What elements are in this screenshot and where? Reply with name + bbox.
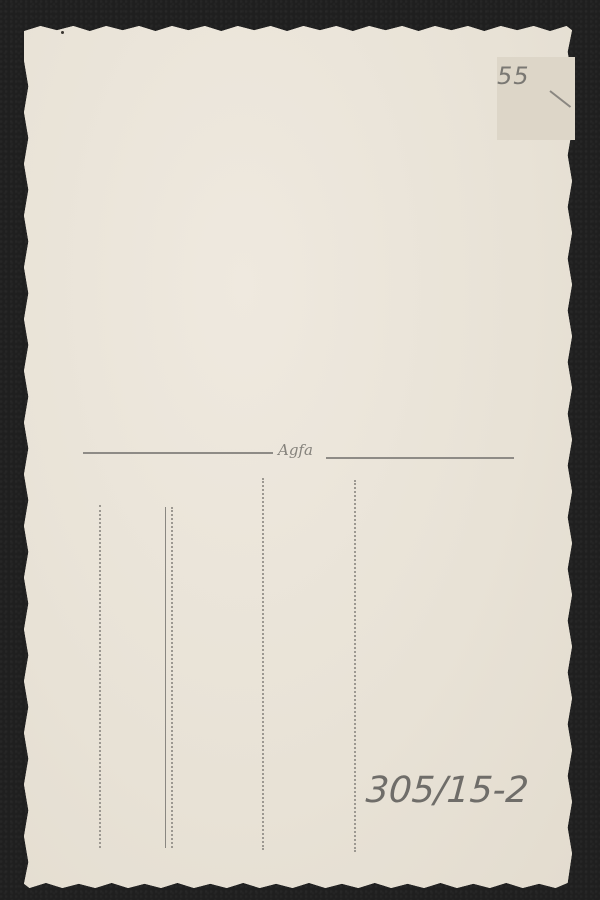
handwritten-archive-code: 305/15-2 bbox=[365, 770, 530, 811]
address-line-3 bbox=[262, 478, 264, 850]
agfa-brand-mark: Agfa bbox=[278, 441, 313, 459]
address-line-1 bbox=[99, 505, 101, 848]
ink-dot bbox=[61, 31, 64, 34]
sticker-number: 55 bbox=[497, 62, 530, 90]
divider-line-left bbox=[83, 452, 273, 454]
address-line-4 bbox=[354, 480, 356, 852]
stamp-column-solid-line bbox=[165, 507, 166, 848]
divider-line-right bbox=[326, 457, 514, 459]
address-line-2 bbox=[171, 507, 173, 848]
